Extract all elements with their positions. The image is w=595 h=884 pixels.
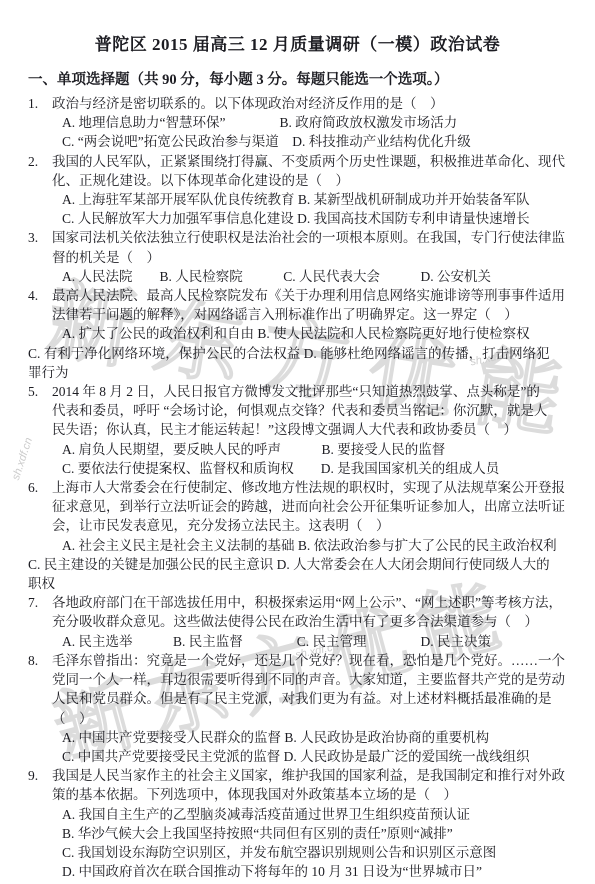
question-5-options-line: A. 肩负人民期望，要反映人民的呼声 B. 要接受人民的监督: [0, 440, 595, 459]
question-4-stem: 4.最高人民法院、最高人民检察院发布《关于办理利用信息网络实施诽谤等刑事事件适用: [0, 286, 595, 305]
question-1-options-line: A. 地理信息助力“智慧环保” B. 政府简政放权激发市场活力: [0, 113, 595, 132]
question-number: 2.: [28, 152, 52, 171]
question-6-line: 征求意见，到举行立法听证会的跨越，进而向社会公开征集听证参加人，出席立法听证: [0, 497, 595, 516]
question-5-line: 代表和委员，呼吁 “会场讨论，何惧观点交锋？代表和委员当铭记：你沉默，就是人: [0, 401, 595, 420]
question-number: 8.: [28, 651, 52, 670]
question-8-options-line: C. 中国共产党要接受民主党派的监督 D. 人民政协是最广泛的爱国统一战线组织: [0, 747, 595, 766]
exam-title: 普陀区 2015 届高三 12 月质量调研（一模）政治试卷: [0, 33, 595, 57]
question-5-options-line: C. 要依法行使提案权、监督权和质询权 D. 是我国国家机关的组成人员: [0, 459, 595, 478]
question-8-stem: 8.毛泽东曾指出：究竟是一个党好，还是几个党好？现在看，恐怕是几个党好。……一个: [0, 651, 595, 670]
question-7-options-line: A. 民主选举 B. 民主监督 C. 民主管理 D. 民主决策: [0, 632, 595, 651]
question-number: 1.: [28, 94, 52, 113]
question-2-stem: 2.我国的人民军队，正紧紧围绕打得赢、不变质两个历史性课题，积极推进革命化、现代: [0, 152, 595, 171]
question-stem-text: 我国的人民军队，正紧紧围绕打得赢、不变质两个历史性课题，积极推进革命化、现代: [52, 154, 565, 169]
question-number: 6.: [28, 478, 52, 497]
question-number: 7.: [28, 593, 52, 612]
question-stem-text: 政治与经济是密切联系的。以下体现政治对经济反作用的是（ ）: [52, 96, 444, 111]
question-3-line: 督的机关是（ ）: [0, 248, 595, 267]
question-3-stem: 3.国家司法机关依法独立行使职权是法治社会的一项根本原则。在我国，专门行使法律监: [0, 228, 595, 247]
exam-paper: 普陀区 2015 届高三 12 月质量调研（一模）政治试卷 一、单项选择题（共 …: [0, 0, 595, 881]
question-9-options-line: D. 中国政府首次在联合国推动下将每年的 10 月 31 日设为“世界城市日”: [0, 862, 595, 881]
question-2-options-line: A. 上海驻军某部开展军队优良传统教育 B. 某新型战机研制成功并开始装备军队: [0, 190, 595, 209]
question-5-stem: 5.2014 年 8 月 2 日，人民日报官方微博发文批评那些“只知道热烈鼓掌、…: [0, 382, 595, 401]
question-4-options-line: A. 扩大了公民的政治权利和自由 B. 使人民法院和人民检察院更好地行使检察权: [0, 324, 595, 343]
question-2-line: 化、正规化建设。以下体现革命化建设的是（ ）: [0, 171, 595, 190]
question-6-line: 会，让市民发表意见，充分发扬立法民主。这表明（ ）: [0, 516, 595, 535]
question-8-line: （ ）: [0, 709, 595, 728]
question-4-line: 法律若干问题的解释》，对网络谣言入刑标准作出了明确界定。这一界定（ ）: [0, 305, 595, 324]
section-heading: 一、单项选择题（共 90 分，每小题 3 分。每题只能选一个选项。）: [28, 70, 595, 91]
question-9-stem: 9.我国是人民当家作主的社会主义国家，维护我国的国家利益，是我国制定和推行对外政: [0, 766, 595, 785]
question-7-stem: 7.各地政府部门在干部选拔任用中，积极探索运用“网上公示”、“网上述职”等考核方…: [0, 593, 595, 612]
question-6-line: 职权: [0, 574, 595, 593]
question-number: 9.: [28, 766, 52, 785]
question-4-line: C. 有利于净化网络环境，保护公民的合法权益 D. 能够杜绝网络谣言的传播，打击…: [0, 344, 595, 363]
question-number: 5.: [28, 382, 52, 401]
question-9-options-line: A. 我国自主生产的乙型脑炎减毒活疫苗通过世界卫生组织疫苗预认证: [0, 805, 595, 824]
question-8-options-line: A. 中国共产党要接受人民群众的监督 B. 人民政协是政治协商的重要机构: [0, 728, 595, 747]
question-stem-text: 最高人民法院、最高人民检察院发布《关于办理利用信息网络实施诽谤等刑事事件适用: [52, 288, 565, 303]
question-9-options-line: B. 华沙气候大会上我国坚持按照“共同但有区别的责任”原则“减排”: [0, 824, 595, 843]
question-9-options-line: C. 我国划设东海防空识别区，并发布航空器识别规则公告和识别区示意图: [0, 843, 595, 862]
question-stem-text: 国家司法机关依法独立行使职权是法治社会的一项根本原则。在我国，专门行使法律监: [52, 230, 565, 245]
question-2-options-line: C. 人民解放军大力加强军事信息化建设 D. 我国高技术国防专利申请量快速增长: [0, 209, 595, 228]
question-7-line: 充分吸收群众意见。这些做法使得公民在政治生活中有了更多合法渠道参与（ ）: [0, 612, 595, 631]
question-8-line: 人民和党员群众。但是有了民主党派，对我们更为有益。对上述材料概括最准确的是: [0, 689, 595, 708]
question-stem-text: 2014 年 8 月 2 日，人民日报官方微博发文批评那些“只知道热烈鼓掌、点头…: [52, 384, 540, 399]
question-stem-text: 毛泽东曾指出：究竟是一个党好，还是几个党好？现在看，恐怕是几个党好。……一个: [52, 653, 565, 668]
question-6-line: C. 民主建设的关键是加强公民的民主意识 D. 人大常委会在人大闭会期间行使同级…: [0, 555, 595, 574]
question-4-line: 罪行为: [0, 363, 595, 382]
question-9-line: 策的基本依据。下列选项中，体现我国对外政策基本立场的是（ ）: [0, 785, 595, 804]
question-8-line: 党同一个人一样，耳边很需要听得到不同的声音。大家知道，主要监督共产党的是劳动: [0, 670, 595, 689]
question-6-options-line: A. 社会主义民主是社会主义法制的基础 B. 依法政治参与扩大了公民的民主政治权…: [0, 536, 595, 555]
question-stem-text: 我国是人民当家作主的社会主义国家，维护我国的国家利益，是我国制定和推行对外政: [52, 768, 565, 783]
question-stem-text: 上海市人大常委会在行使制定、修改地方性法规的职权时，实现了从法规草案公开登报: [52, 480, 565, 495]
question-1-stem: 1.政治与经济是密切联系的。以下体现政治对经济反作用的是（ ）: [0, 94, 595, 113]
question-5-line: 民失语；你认真，民主才能运转起！”这段博文强调人大代表和政协委员（ ）: [0, 420, 595, 439]
question-number: 4.: [28, 286, 52, 305]
question-stem-text: 各地政府部门在干部选拔任用中，积极探索运用“网上公示”、“网上述职”等考核方法，: [52, 595, 562, 610]
question-list: 1.政治与经济是密切联系的。以下体现政治对经济反作用的是（ ）A. 地理信息助力…: [0, 94, 595, 881]
question-number: 3.: [28, 228, 52, 247]
question-6-stem: 6.上海市人大常委会在行使制定、修改地方性法规的职权时，实现了从法规草案公开登报: [0, 478, 595, 497]
question-1-options-line: C. “两会说吧”拓宽公民政治参与渠道 D. 科技推动产业结构优化升级: [0, 132, 595, 151]
question-3-options-line: A. 人民法院 B. 人民检察院 C. 人民代表大会 D. 公安机关: [0, 267, 595, 286]
